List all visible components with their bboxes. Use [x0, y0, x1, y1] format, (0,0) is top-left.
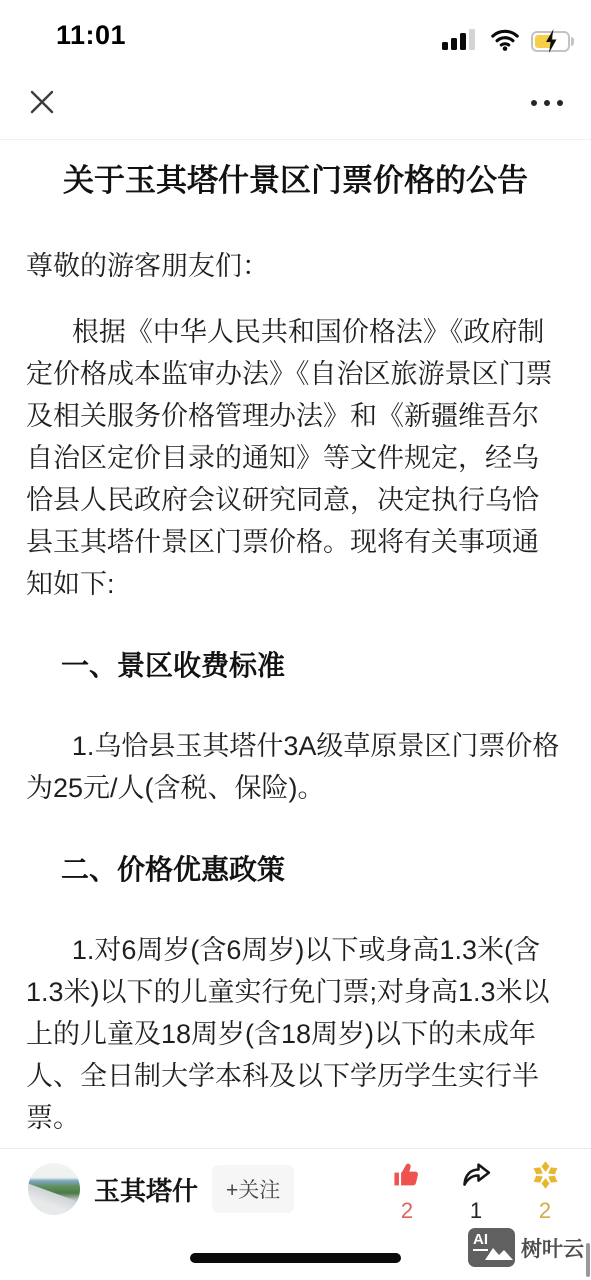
like-count: 2 [401, 1199, 413, 1223]
watermark-brand: 树叶云 [521, 1233, 584, 1263]
status-icons [442, 27, 574, 56]
footer-actions: 2 1 [383, 1159, 569, 1223]
like-button[interactable]: 2 [383, 1159, 431, 1223]
scrollbar-thumb[interactable] [586, 1243, 590, 1277]
section-heading-2: 二、价格优惠政策 [26, 849, 565, 891]
battery-charging-icon [531, 31, 574, 52]
article-salutation: 尊敬的游客朋友们： [26, 245, 565, 287]
status-time: 11:01 [56, 20, 126, 51]
share-button[interactable]: 1 [452, 1159, 500, 1223]
nav-bar [0, 62, 591, 140]
status-bar: 11:01 [0, 0, 591, 62]
more-options-icon[interactable] [531, 100, 563, 106]
wow-flower-icon [529, 1159, 562, 1196]
home-indicator[interactable] [190, 1253, 401, 1263]
wow-button[interactable]: 2 [521, 1159, 569, 1223]
article-paragraph-2: 1.对6周岁(含6周岁)以下或身高1.3米(含1.3米)以下的儿童实行免门票;对… [26, 929, 565, 1139]
article-title: 关于玉其塔什景区门票价格的公告 [26, 161, 565, 201]
article-paragraph-1: 1.乌恰县玉其塔什3A级草原景区门票价格为25元/人(含税、保险)。 [26, 725, 565, 809]
wow-count: 2 [539, 1199, 551, 1223]
share-arrow-icon [460, 1159, 493, 1196]
cellular-signal-icon [442, 27, 479, 56]
article-body: 关于玉其塔什景区门票价格的公告 尊敬的游客朋友们： 根据《中华人民共和国价格法》… [0, 141, 591, 1179]
watermark-ai-photo-icon: AI [468, 1228, 515, 1267]
follow-button[interactable]: +关注 [212, 1165, 294, 1213]
watermark-mountain-icon [485, 1244, 513, 1265]
close-icon[interactable] [28, 88, 58, 118]
section-heading-1: 一、景区收费标准 [26, 645, 565, 687]
account-name: 玉其塔什 [94, 1171, 198, 1208]
account-info: 玉其塔什 +关注 [28, 1163, 294, 1215]
thumbs-up-icon [391, 1159, 424, 1196]
article-paragraph-intro: 根据《中华人民共和国价格法》《政府制定价格成本监审办法》《自治区旅游景区门票及相… [26, 311, 565, 605]
account-avatar[interactable] [28, 1163, 80, 1215]
screen: 11:01 [0, 0, 591, 1280]
wifi-icon [490, 27, 520, 56]
share-count: 1 [470, 1199, 482, 1223]
watermark: AI 树叶云 [468, 1228, 584, 1267]
